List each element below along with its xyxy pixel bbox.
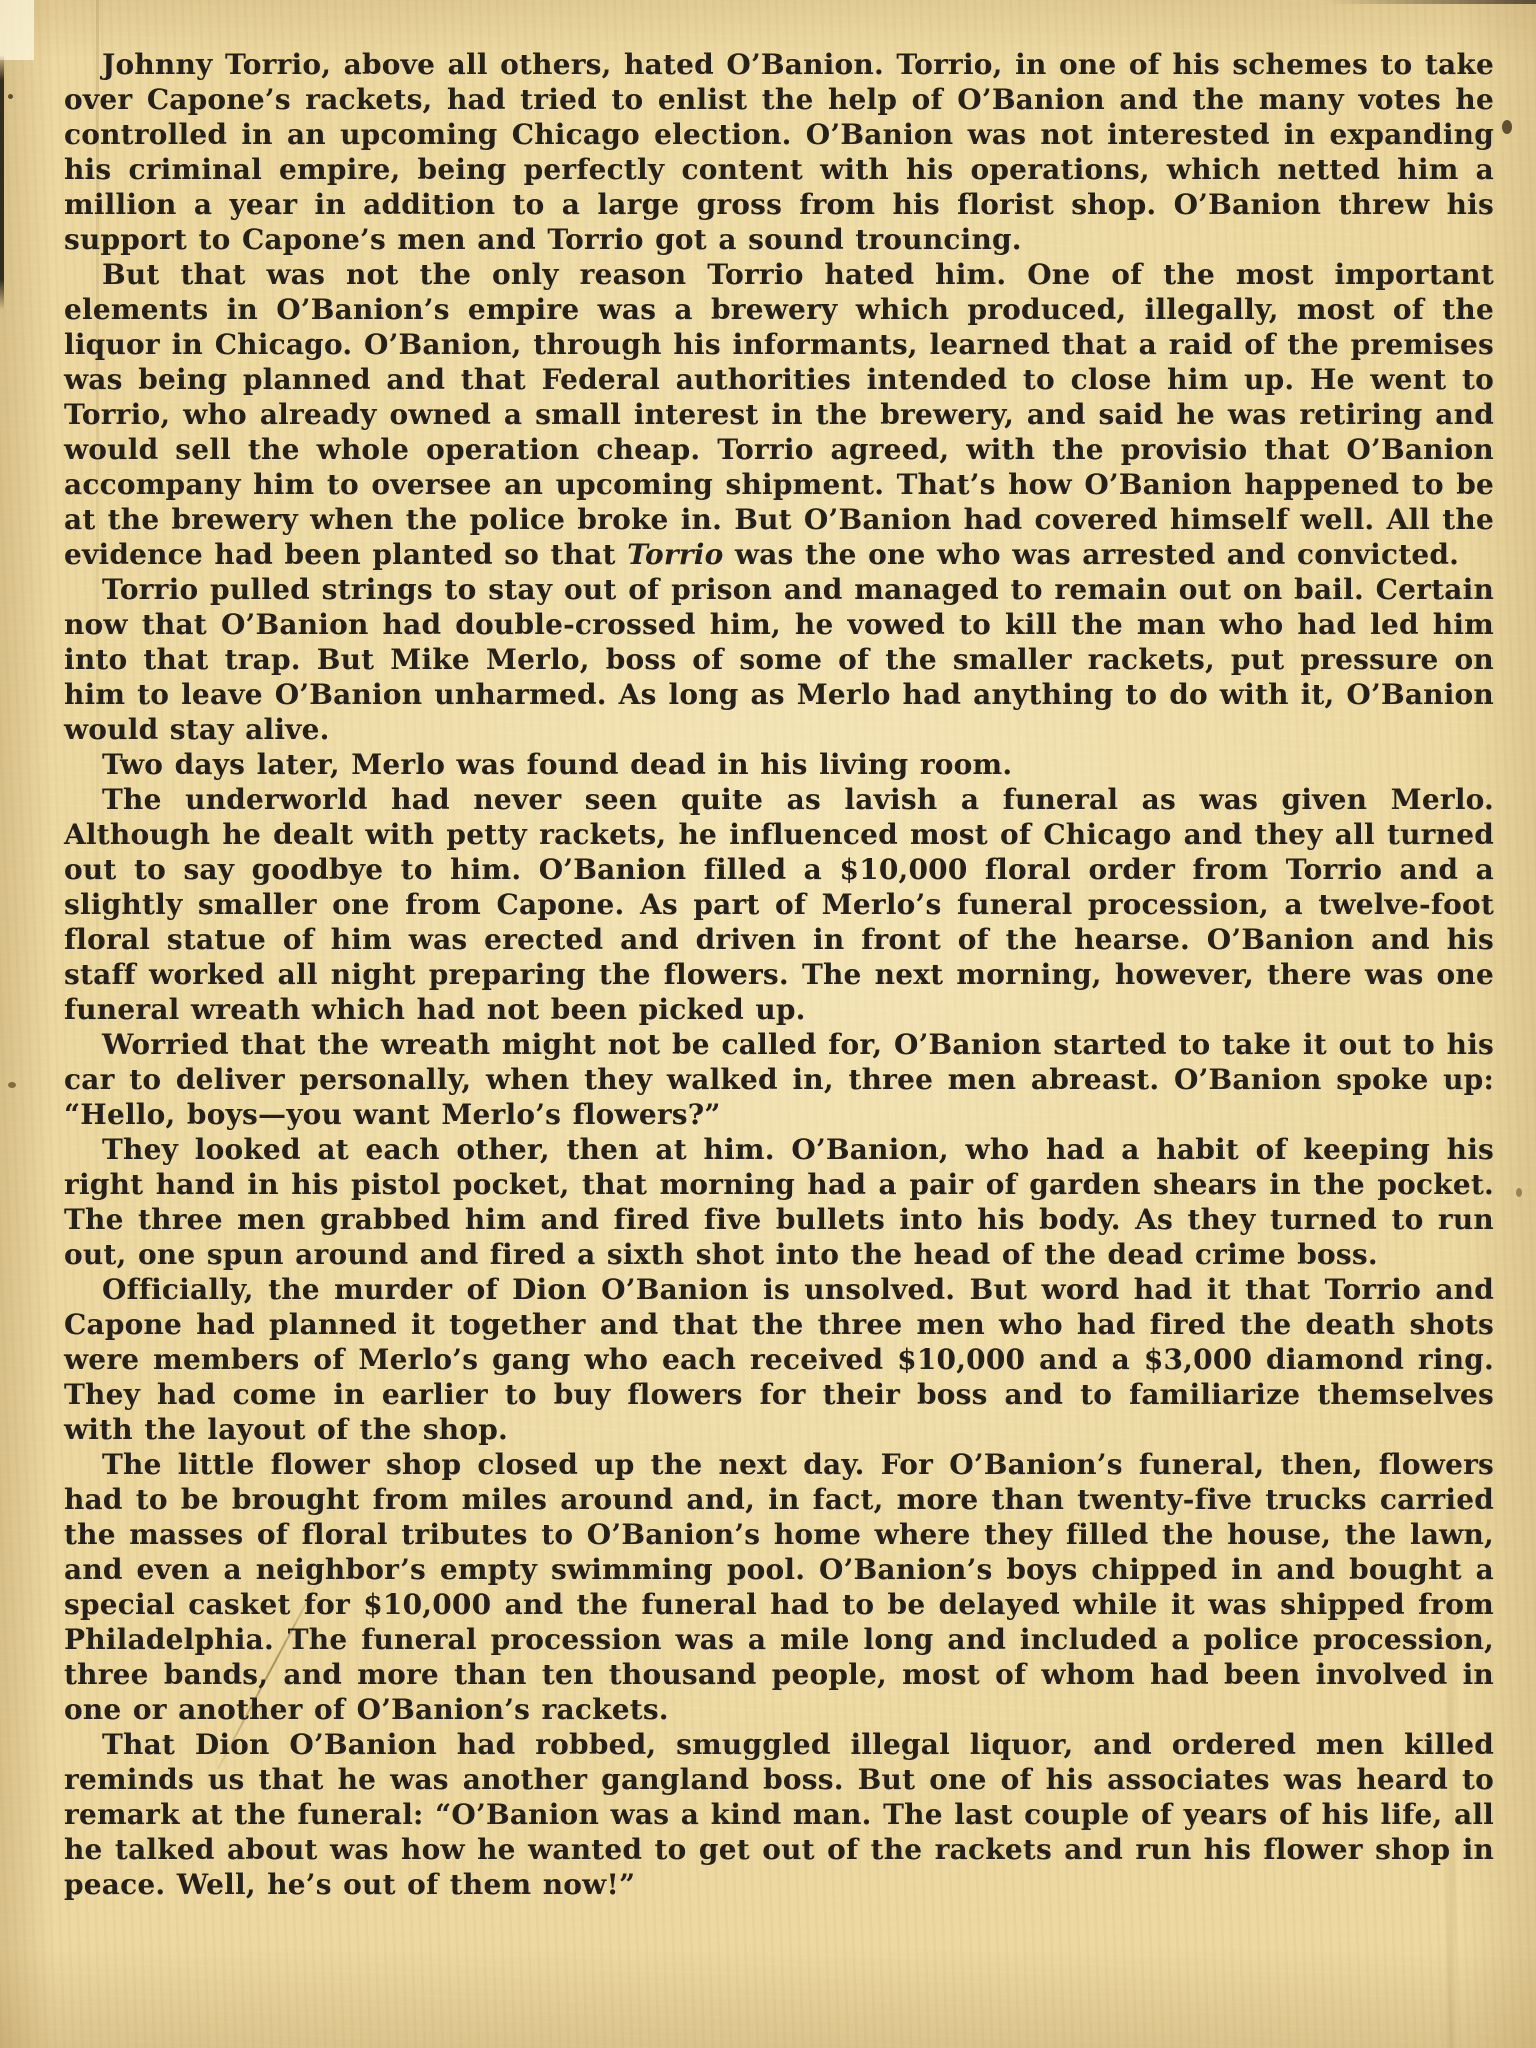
- paragraph: The little flower shop closed up the nex…: [64, 1447, 1494, 1727]
- text-segment: That Dion O’Banion had robbed, smuggled …: [64, 1728, 1494, 1901]
- paragraph: That Dion O’Banion had robbed, smuggled …: [64, 1727, 1494, 1902]
- scan-edge-artifact-top: [1326, 0, 1536, 4]
- paragraph: Worried that the wreath might not be cal…: [64, 1027, 1494, 1132]
- text-segment: was the one who was arrested and convict…: [723, 538, 1459, 571]
- paper-speck: [1516, 1188, 1522, 1197]
- scan-edge-artifact-left: [0, 55, 4, 310]
- text-segment: Officially, the murder of Dion O’Banion …: [64, 1273, 1494, 1446]
- paragraph: But that was not the only reason Torrio …: [64, 257, 1494, 572]
- text-segment: They looked at each other, then at him. …: [64, 1133, 1494, 1271]
- paper-speck: [8, 1082, 16, 1088]
- text-segment: Torrio pulled strings to stay out of pri…: [64, 573, 1494, 746]
- paragraph: They looked at each other, then at him. …: [64, 1132, 1494, 1272]
- text-segment: The underworld had never seen quite as l…: [64, 783, 1494, 1026]
- paragraph: Officially, the murder of Dion O’Banion …: [64, 1272, 1494, 1447]
- paper-speck: [8, 94, 13, 99]
- text-segment: The little flower shop closed up the nex…: [64, 1448, 1494, 1726]
- paper-corner-highlight: [0, 0, 34, 60]
- paragraph: The underworld had never seen quite as l…: [64, 782, 1494, 1027]
- paragraph: Torrio pulled strings to stay out of pri…: [64, 572, 1494, 747]
- text-segment: But that was not the only reason Torrio …: [64, 258, 1494, 571]
- paragraph: Johnny Torrio, above all others, hated O…: [64, 47, 1494, 257]
- paper-speck: [1502, 120, 1512, 134]
- paragraph: Two days later, Merlo was found dead in …: [64, 747, 1494, 782]
- text-segment: Two days later, Merlo was found dead in …: [102, 748, 1012, 781]
- text-segment: Johnny Torrio, above all others, hated O…: [64, 48, 1494, 256]
- page-text: Johnny Torrio, above all others, hated O…: [64, 47, 1494, 1902]
- scanned-page: Johnny Torrio, above all others, hated O…: [0, 0, 1536, 2048]
- text-segment: Worried that the wreath might not be cal…: [64, 1028, 1494, 1131]
- italic-text-segment: Torrio: [627, 538, 723, 571]
